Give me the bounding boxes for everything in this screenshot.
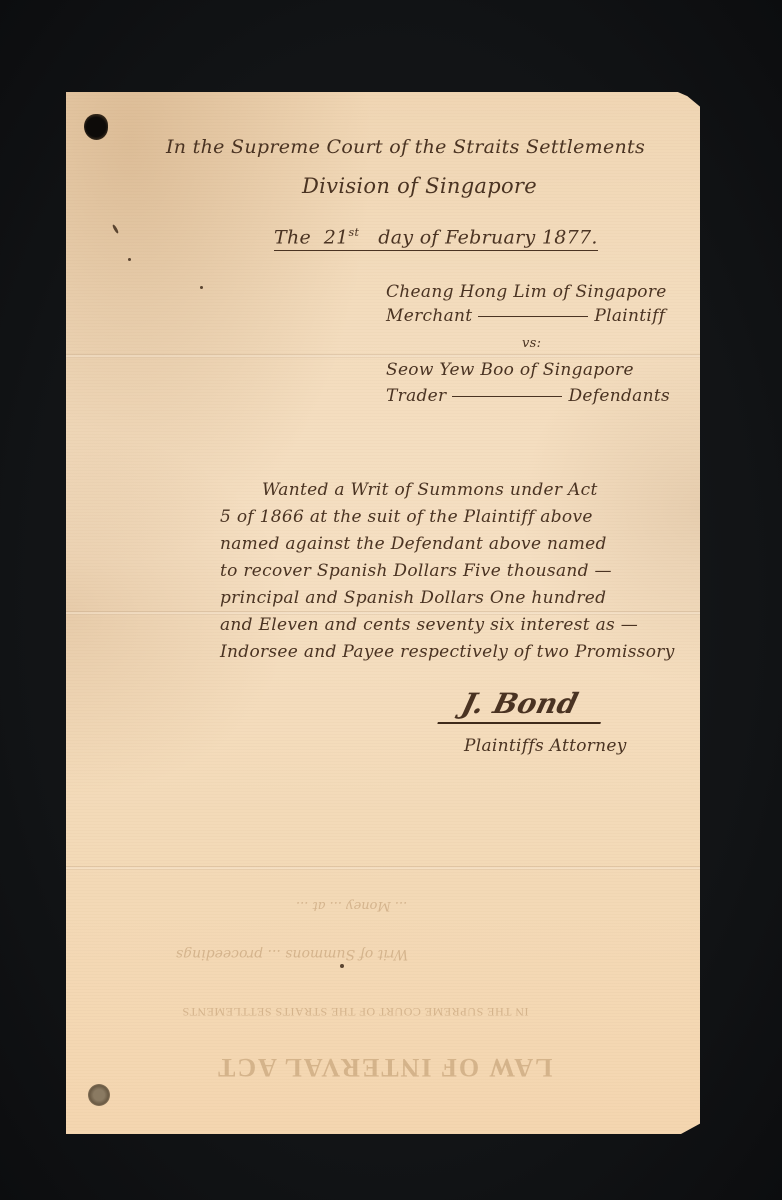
rule-line (452, 396, 562, 397)
ink-speck (112, 224, 120, 234)
date-month-year: February 1877. (445, 226, 598, 248)
attorney-title: Plaintiffs Attorney (464, 736, 627, 756)
body-line: named against the Defendant above named (220, 531, 698, 558)
bleed-through-line: Writ of Summons ... proceedings (176, 946, 408, 962)
bleed-through-title: LAW OF INTERVAL ACT (216, 1052, 552, 1082)
fold-line (66, 866, 700, 870)
defendant-line: TraderDefendants (386, 386, 670, 406)
date-prefix: The (274, 226, 311, 248)
ink-speck (200, 286, 203, 289)
body-line: Indorsee and Payee respectively of two P… (220, 639, 698, 666)
document-page: ... Money ... at ... Writ of Summons ...… (66, 92, 700, 1134)
plaintiff-occupation: Merchant (386, 306, 472, 326)
defendant-role: Defendants (568, 386, 670, 406)
court-heading: In the Supreme Court of the Straits Sett… (166, 136, 645, 158)
ink-speck (340, 964, 344, 968)
plaintiff-role: Plaintiff (594, 306, 665, 326)
fold-line (66, 354, 700, 358)
defendant-occupation: Trader (386, 386, 446, 406)
date-middle: day of (378, 226, 439, 248)
attorney-signature: J. Bond (437, 687, 609, 724)
body-line: Wanted a Writ of Summons under Act (220, 477, 698, 504)
ink-speck (128, 258, 131, 261)
date-day: 21 (324, 226, 349, 248)
defendant-name: Seow Yew Boo of Singapore (386, 360, 634, 380)
body-line: principal and Spanish Dollars One hundre… (220, 585, 698, 612)
writ-body: Wanted a Writ of Summons under Act 5 of … (220, 477, 698, 666)
date-day-suffix: st (349, 226, 360, 239)
punch-hole-bottom (88, 1084, 110, 1106)
plaintiff-line: MerchantPlaintiff (386, 306, 665, 326)
body-line: and Eleven and cents seventy six interes… (220, 612, 698, 639)
body-line: to recover Spanish Dollars Five thousand… (220, 558, 698, 585)
bleed-through-line: IN THE SUPREME COURT OF THE STRAITS SETT… (182, 1004, 528, 1019)
punch-hole-top (84, 114, 108, 140)
date-line: The 21st day of February 1877. (274, 226, 598, 251)
body-line: 5 of 1866 at the suit of the Plaintiff a… (220, 504, 698, 531)
division-heading: Division of Singapore (302, 174, 537, 198)
rule-line (478, 316, 588, 317)
plaintiff-name: Cheang Hong Lim of Singapore (386, 282, 667, 302)
versus-label: vs: (522, 336, 541, 351)
bleed-through-line: ... Money ... at ... (296, 898, 407, 913)
